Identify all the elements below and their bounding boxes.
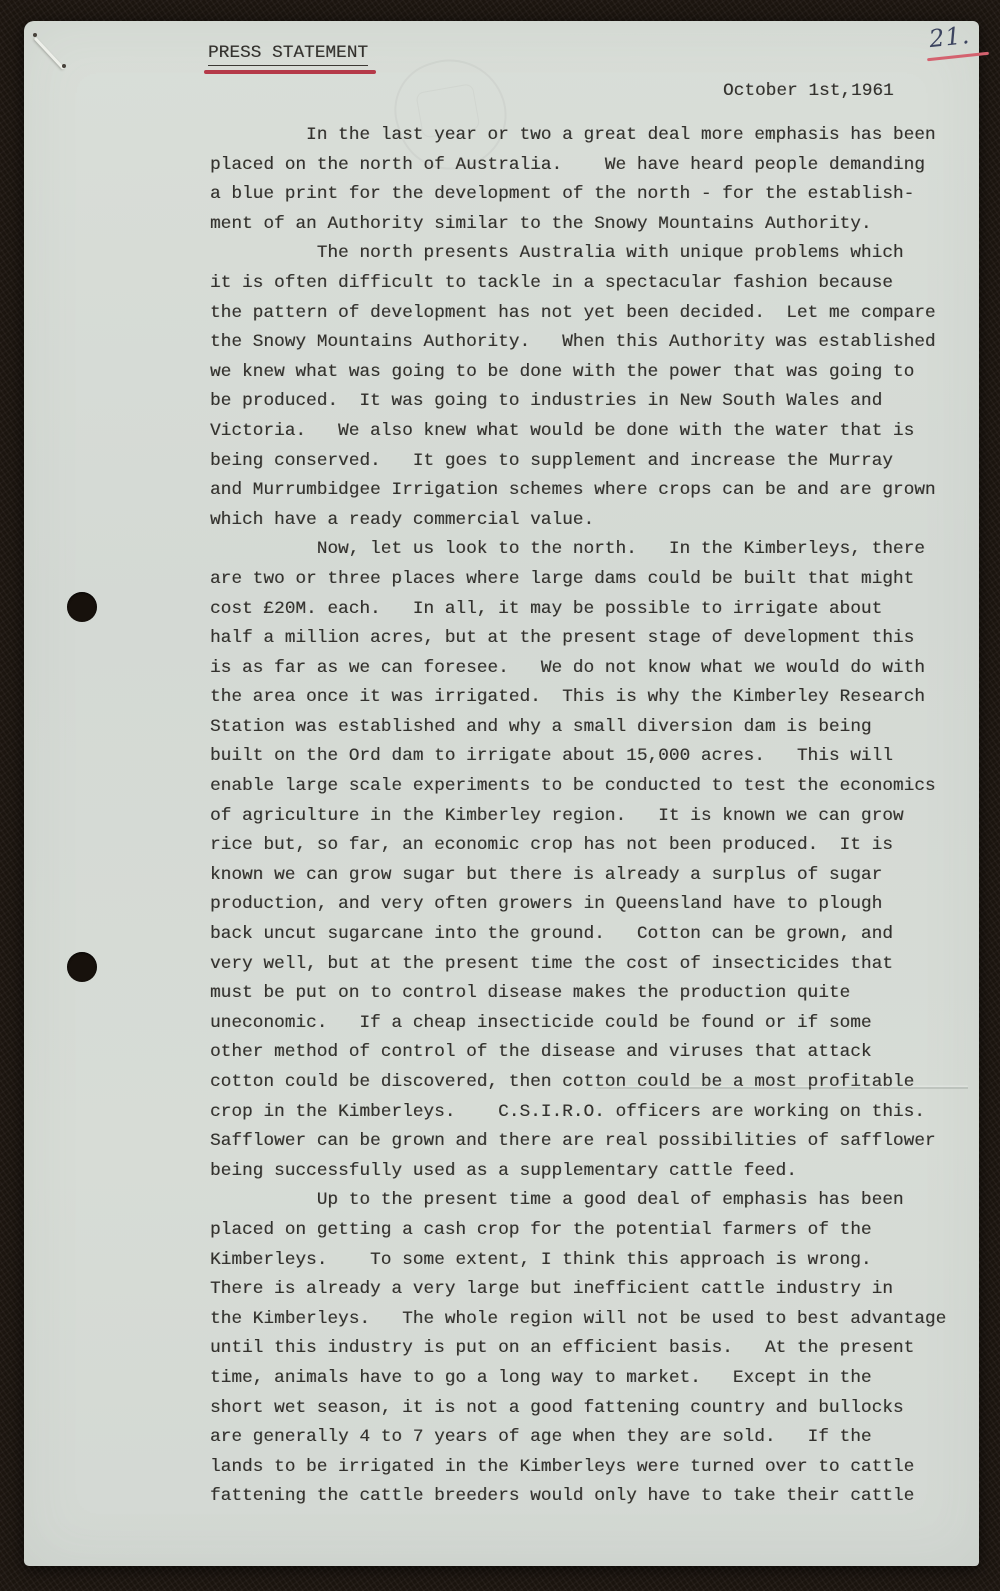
paragraph: Now, let us look to the north. In the Ki…	[210, 535, 980, 1186]
staple-hole-dot	[62, 64, 66, 68]
paragraph: The north presents Australia with unique…	[210, 239, 980, 535]
staple-hole-dot	[33, 33, 37, 37]
punch-hole-bottom	[67, 952, 97, 982]
document-body: In the last year or two a great deal mor…	[210, 121, 980, 1512]
punch-hole-top	[67, 592, 97, 622]
paragraph: In the last year or two a great deal mor…	[210, 121, 980, 239]
page-number-underline	[927, 52, 989, 61]
staple-mark	[34, 37, 65, 70]
document-heading: PRESS STATEMENT	[208, 43, 368, 66]
paragraph: Up to the present time a good deal of em…	[210, 1186, 980, 1512]
handwritten-page-number: 21.	[928, 21, 972, 53]
scan-background: { "colors": { "background_fabric": "#1e1…	[0, 0, 1000, 1591]
red-pen-underline	[204, 70, 376, 74]
document-date: October 1st,1961	[723, 81, 894, 101]
scanned-paper-page: PRESS STATEMENT 21. October 1st,1961 In …	[24, 21, 979, 1566]
scan-crease-line	[596, 1087, 968, 1089]
